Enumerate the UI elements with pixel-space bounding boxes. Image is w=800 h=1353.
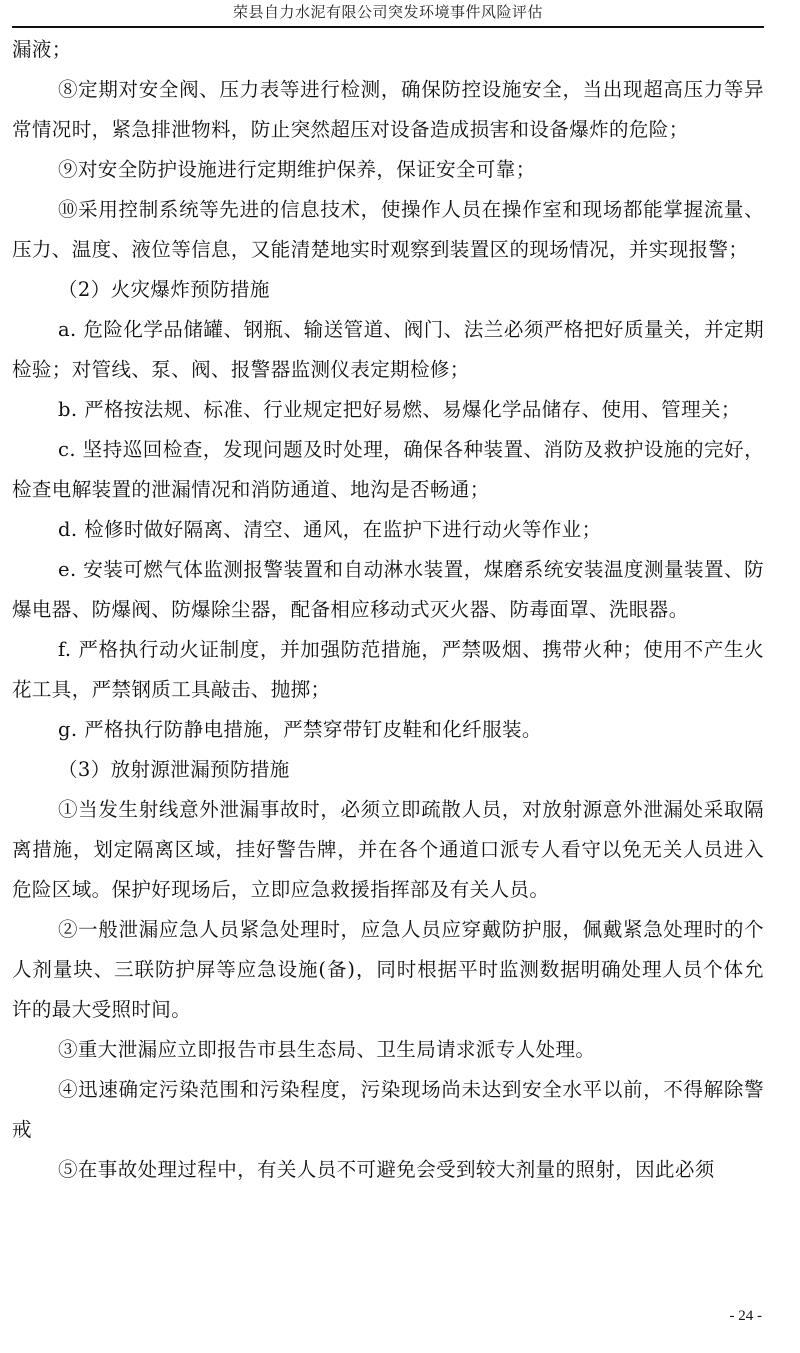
page-number: - 24 - bbox=[730, 1308, 763, 1325]
paragraph-item-9: ⑨对安全防护设施进行定期维护保养，保证安全可靠； bbox=[12, 150, 764, 190]
paragraph-item-8: ⑧定期对安全阀、压力表等进行检测，确保防控设施安全，当出现超高压力等异常情况时，… bbox=[12, 70, 764, 150]
paragraph-item-c: c. 坚持巡回检查，发现问题及时处理，确保各种装置、消防及救护设施的完好，检查电… bbox=[12, 430, 764, 510]
paragraph-item-b: b. 严格按法规、标准、行业规定把好易燃、易爆化学品储存、使用、管理关； bbox=[12, 390, 764, 430]
page-header: 荣县自力水泥有限公司突发环境事件风险评估 bbox=[12, 0, 764, 28]
paragraph-item-d: d. 检修时做好隔离、清空、通风，在监护下进行动火等作业； bbox=[12, 510, 764, 550]
paragraph-item-2: ②一般泄漏应急人员紧急处理时，应急人员应穿戴防护服，佩戴紧急处理时的个人剂量块、… bbox=[12, 910, 764, 1030]
paragraph-item-e: e. 安装可燃气体监测报警装置和自动淋水装置，煤磨系统安装温度测量装置、防爆电器… bbox=[12, 550, 764, 630]
section-heading-radioactive-leak: （3）放射源泄漏预防措施 bbox=[12, 750, 764, 790]
paragraph-item-1: ①当发生射线意外泄漏事故时，必须立即疏散人员，对放射源意外泄漏处采取隔离措施，划… bbox=[12, 790, 764, 910]
paragraph-item-5: ⑤在事故处理过程中，有关人员不可避免会受到较大剂量的照射，因此必须 bbox=[12, 1150, 764, 1190]
paragraph-item-3: ③重大泄漏应立即报告市县生态局、卫生局请求派专人处理。 bbox=[12, 1030, 764, 1070]
section-heading-fire-explosion: （2）火灾爆炸预防措施 bbox=[12, 270, 764, 310]
paragraph-item-g: g. 严格执行防静电措施，严禁穿带钉皮鞋和化纤服装。 bbox=[12, 710, 764, 750]
paragraph-item-f: f. 严格执行动火证制度，并加强防范措施，严禁吸烟、携带火种；使用不产生火花工具… bbox=[12, 630, 764, 710]
paragraph-item-a: a. 危险化学品储罐、钢瓶、输送管道、阀门、法兰必须严格把好质量关，并定期检验；… bbox=[12, 310, 764, 390]
paragraph-item-4: ④迅速确定污染范围和污染程度，污染现场尚未达到安全水平以前，不得解除警戒 bbox=[12, 1070, 764, 1150]
paragraph-item-10: ⑩采用控制系统等先进的信息技术，使操作人员在操作室和现场都能掌握流量、压力、温度… bbox=[12, 190, 764, 270]
document-body: 漏液； ⑧定期对安全阀、压力表等进行检测，确保防控设施安全，当出现超高压力等异常… bbox=[12, 30, 764, 1190]
paragraph-continuation: 漏液； bbox=[12, 30, 764, 70]
document-title: 荣县自力水泥有限公司突发环境事件风险评估 bbox=[233, 0, 543, 24]
